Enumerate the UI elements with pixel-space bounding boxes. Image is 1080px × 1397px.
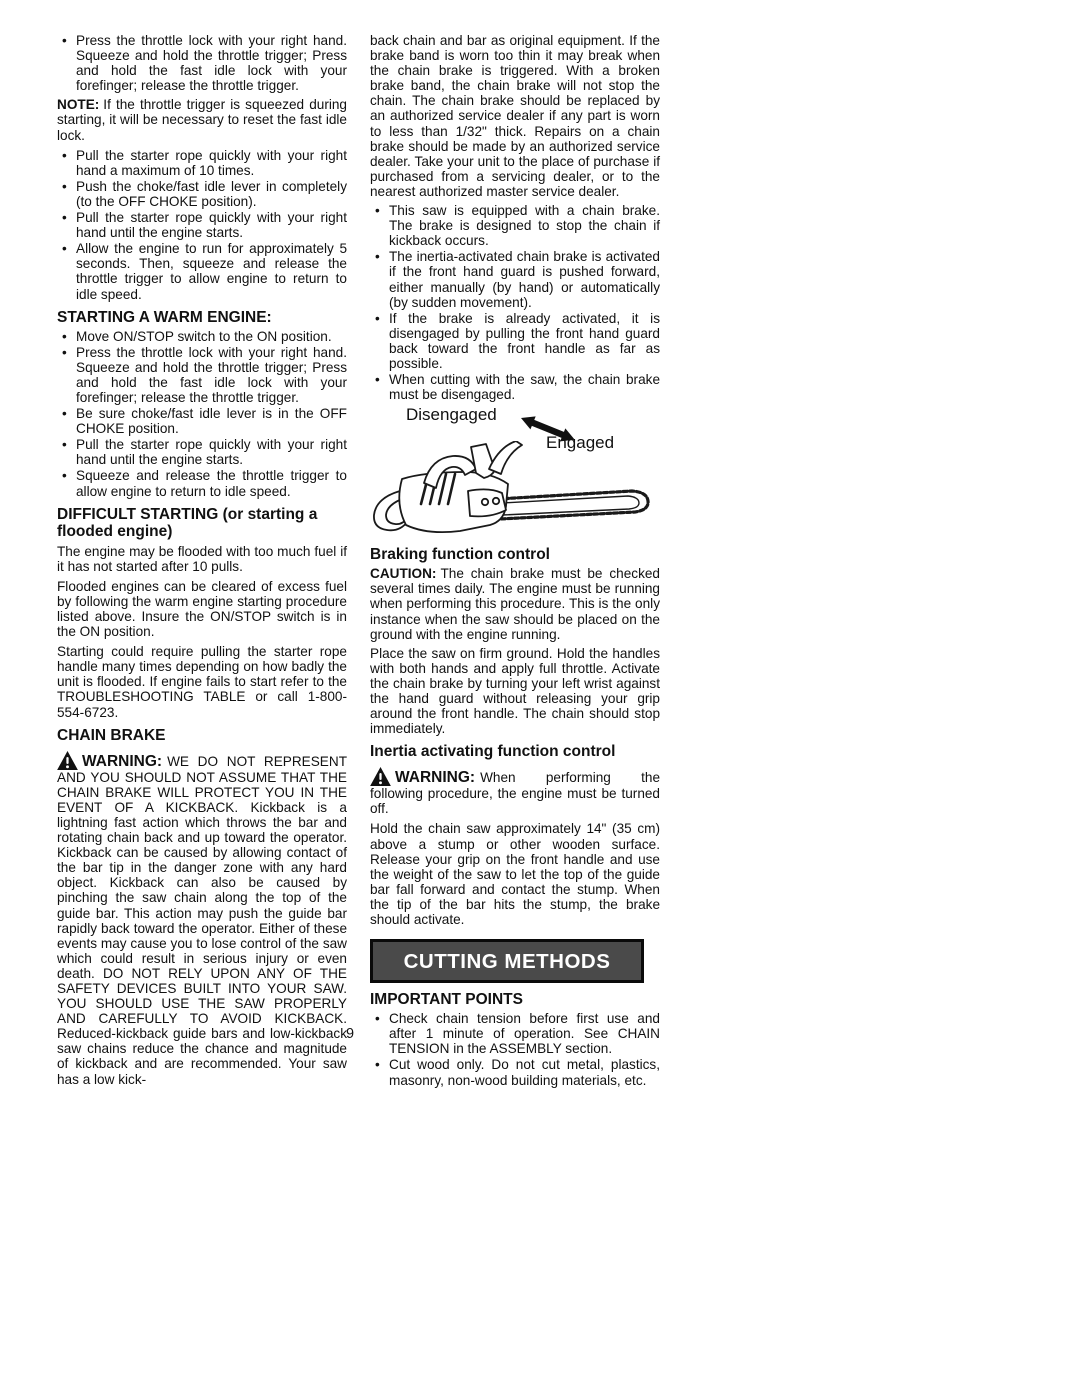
- list-item: • Push the choke/fast idle lever in comp…: [57, 179, 347, 209]
- section-heading-warm-engine: STARTING A WARM ENGINE:: [57, 309, 347, 326]
- warning-icon: [370, 767, 391, 786]
- list-item: • This saw is equipped with a chain brak…: [370, 203, 660, 248]
- bullet-icon: •: [62, 329, 67, 344]
- list-item: • When cutting with the saw, the chain b…: [370, 372, 660, 402]
- note-label: NOTE:: [57, 97, 99, 112]
- paragraph: Flooded engines can be cleared of excess…: [57, 579, 347, 639]
- bullet-icon: •: [375, 311, 380, 326]
- list-item: • Squeeze and release the throttle trigg…: [57, 468, 347, 498]
- section-heading-inertia: Inertia activating function control: [370, 743, 660, 760]
- bullet-icon: •: [375, 1057, 380, 1072]
- list-item-text: Cut wood only. Do not cut metal, plastic…: [389, 1057, 660, 1087]
- paragraph: back chain and bar as original equipment…: [370, 33, 660, 199]
- note-text: If the throttle trigger is squeezed duri…: [57, 97, 347, 142]
- list-item-text: This saw is equipped with a chain brake.…: [389, 203, 660, 248]
- section-heading-difficult-starting: DIFFICULT STARTING (or starting a floode…: [57, 506, 347, 540]
- section-heading-important-points: IMPORTANT POINTS: [370, 991, 660, 1008]
- list-item-text: Pull the starter rope quickly with your …: [76, 437, 347, 467]
- note-paragraph: NOTE:If the throttle trigger is squeezed…: [57, 97, 347, 142]
- list-item: • Pull the starter rope quickly with you…: [57, 148, 347, 178]
- list-item: • Cut wood only. Do not cut metal, plast…: [370, 1057, 660, 1087]
- bullet-icon: •: [375, 203, 380, 218]
- paragraph: Place the saw on firm ground. Hold the h…: [370, 646, 660, 737]
- section-heading-braking-function: Braking function control: [370, 546, 660, 563]
- bullet-icon: •: [62, 345, 67, 360]
- bullet-icon: •: [375, 1011, 380, 1026]
- warning-label: WARNING:: [82, 753, 162, 770]
- list-item-text: If the brake is already activated, it is…: [389, 311, 660, 371]
- left-column: • Press the throttle lock with your righ…: [57, 33, 347, 1092]
- paragraph: The engine may be flooded with too much …: [57, 544, 347, 574]
- list-item: • Pull the starter rope quickly with you…: [57, 210, 347, 240]
- page-number: 9: [346, 1026, 354, 1042]
- caution-label: CAUTION:: [370, 566, 436, 581]
- list-item-text: Allow the engine to run for approximatel…: [76, 241, 347, 301]
- list-item: • Move ON/STOP switch to the ON position…: [57, 329, 347, 344]
- cutting-methods-banner: CUTTING METHODS: [370, 939, 644, 983]
- list-item: • The inertia-activated chain brake is a…: [370, 249, 660, 309]
- list-item-text: Be sure choke/fast idle lever is in the …: [76, 406, 347, 436]
- bullet-icon: •: [375, 372, 380, 387]
- list-item-text: Squeeze and release the throttle trigger…: [76, 468, 347, 498]
- bullet-icon: •: [62, 468, 67, 483]
- list-item: • Be sure choke/fast idle lever is in th…: [57, 406, 347, 436]
- bullet-icon: •: [62, 406, 67, 421]
- paragraph: Hold the chain saw approximately 14" (35…: [370, 821, 660, 927]
- section-heading-chain-brake: CHAIN BRAKE: [57, 727, 347, 744]
- warning-label: WARNING:: [395, 769, 475, 786]
- figure-label-disengaged: Disengaged: [406, 405, 497, 424]
- list-item-text: Press the throttle lock with your right …: [76, 33, 347, 93]
- warning-icon: [57, 751, 78, 770]
- warning-paragraph: WARNING:WE DO NOT REPRESENT AND YOU SHOU…: [57, 751, 347, 1087]
- bullet-icon: •: [62, 437, 67, 452]
- caution-paragraph: CAUTION:The chain brake must be checked …: [370, 566, 660, 641]
- warning-paragraph: WARNING:When performing the following pr…: [370, 767, 660, 816]
- chain-brake-figure: Disengaged Engaged: [370, 405, 660, 539]
- bullet-icon: •: [62, 179, 67, 194]
- list-item-text: Push the choke/fast idle lever in comple…: [76, 179, 347, 209]
- list-item: • Pull the starter rope quickly with you…: [57, 437, 347, 467]
- list-item-text: Pull the starter rope quickly with your …: [76, 148, 347, 178]
- list-item: • Allow the engine to run for approximat…: [57, 241, 347, 301]
- bullet-icon: •: [62, 210, 67, 225]
- list-item-text: Press the throttle lock with your right …: [76, 345, 347, 405]
- list-item-text: Move ON/STOP switch to the ON position.: [76, 329, 332, 344]
- bullet-icon: •: [62, 33, 67, 48]
- list-item: • Check chain tension before first use a…: [370, 1011, 660, 1056]
- list-item: • Press the throttle lock with your righ…: [57, 345, 347, 405]
- bullet-icon: •: [62, 148, 67, 163]
- right-column: back chain and bar as original equipment…: [370, 33, 660, 1089]
- warning-text: WE DO NOT REPRESENT AND YOU SHOULD NOT A…: [57, 754, 347, 1087]
- list-item-text: When cutting with the saw, the chain bra…: [389, 372, 660, 402]
- banner-title: CUTTING METHODS: [404, 954, 611, 969]
- list-item-text: Check chain tension before first use and…: [389, 1011, 660, 1056]
- bullet-icon: •: [375, 249, 380, 264]
- manual-page: • Press the throttle lock with your righ…: [0, 0, 1080, 1397]
- list-item: • Press the throttle lock with your righ…: [57, 33, 347, 93]
- bullet-icon: •: [62, 241, 67, 256]
- paragraph: Starting could require pulling the start…: [57, 644, 347, 719]
- list-item-text: Pull the starter rope quickly with your …: [76, 210, 347, 240]
- list-item: • If the brake is already activated, it …: [370, 311, 660, 371]
- list-item-text: The inertia-activated chain brake is act…: [389, 249, 660, 309]
- chainsaw-illustration: [370, 441, 660, 537]
